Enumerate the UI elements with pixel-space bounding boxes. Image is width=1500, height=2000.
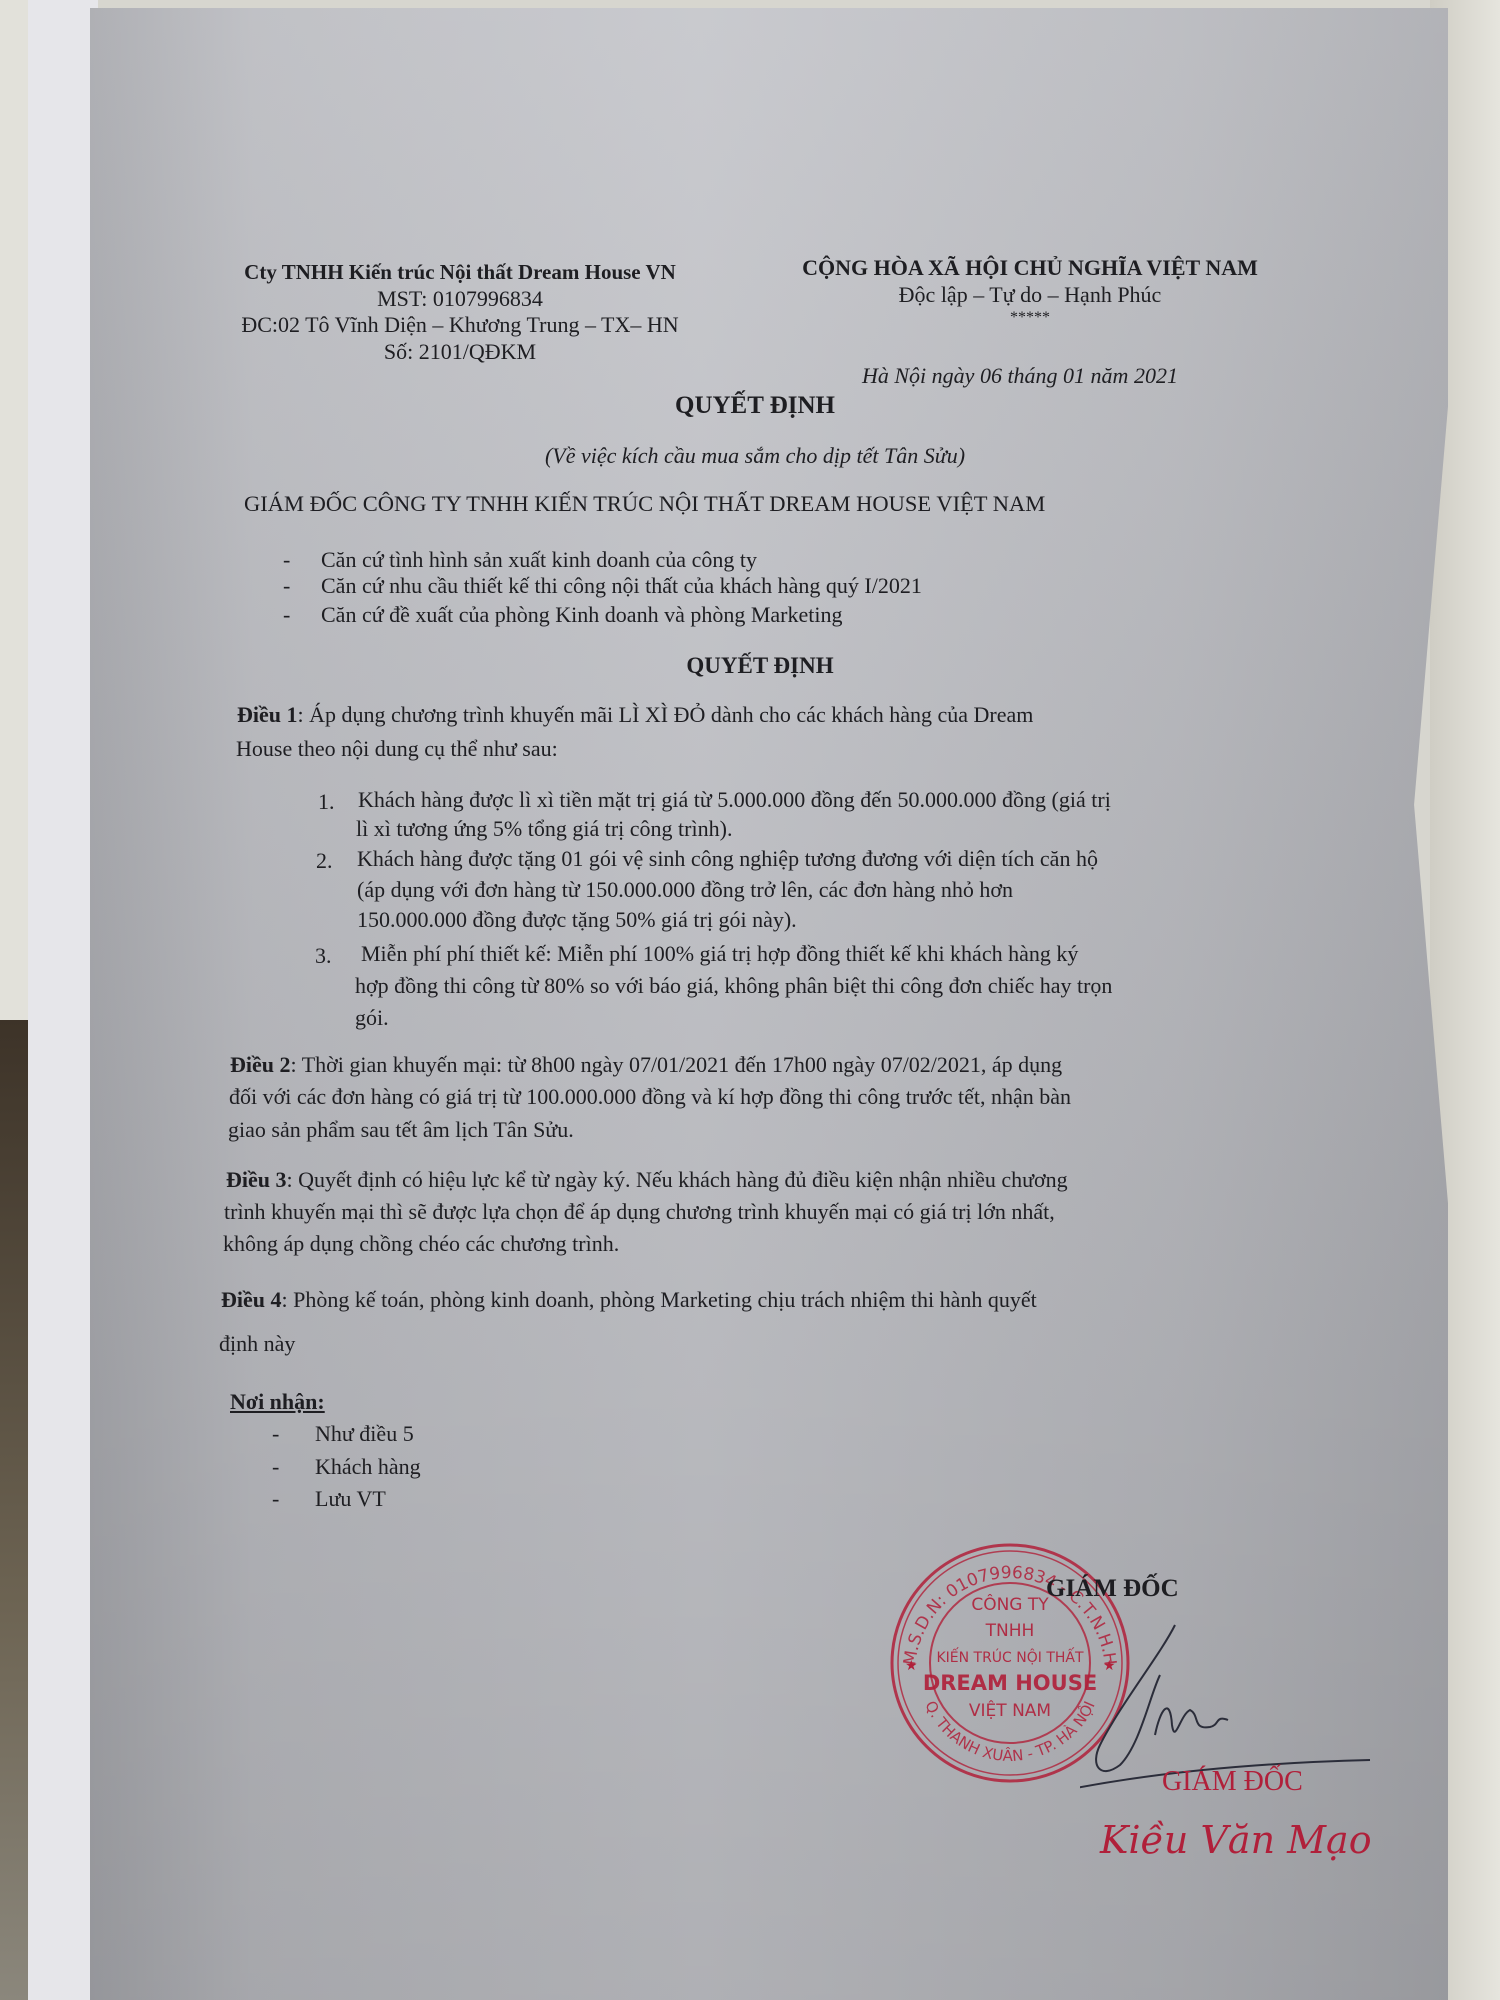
decision-heading: QUYẾT ĐỊNH (560, 652, 960, 680)
signature-title: GIÁM ĐỐC (1046, 1575, 1179, 1603)
bullet: - (272, 1420, 279, 1448)
company-address: ĐC:02 Tô Vĩnh Diện – Khương Trung – TX– … (200, 311, 720, 339)
article-label: Điều 3 (226, 1167, 287, 1192)
document-title: QUYẾT ĐỊNH (500, 392, 1010, 420)
bullet: - (283, 601, 290, 629)
item-text: Khách hàng được tặng 01 gói vệ sinh công… (357, 845, 1098, 873)
signer-name: Kiều Văn Mạo (1100, 1818, 1372, 1862)
document-number: Số: 2101/QĐKM (200, 338, 720, 366)
recipient-item: Khách hàng (315, 1453, 421, 1481)
basis-item: Căn cứ nhu cầu thiết kế thi công nội thấ… (321, 572, 922, 600)
item-text: hợp đồng thi công từ 80% so với báo giá,… (355, 972, 1112, 1000)
item-text: (áp dụng với đơn hàng từ 150.000.000 đồn… (357, 876, 1013, 904)
item-number: 1. (318, 788, 335, 816)
item-text: 150.000.000 đồng được tặng 50% giá trị g… (357, 906, 797, 934)
article-text: : Phòng kế toán, phòng kinh doanh, phòng… (282, 1287, 1037, 1312)
article-label: Điều 2 (230, 1052, 291, 1077)
article-text: trình khuyến mại thì sẽ được lựa chọn để… (224, 1198, 1055, 1226)
national-title: CỘNG HÒA XÃ HỘI CHỦ NGHĨA VIỆT NAM (770, 254, 1290, 282)
motto-stars: ***** (770, 304, 1290, 332)
article-label: Điều 4 (221, 1287, 282, 1312)
item-text: gói. (355, 1004, 389, 1032)
item-text: lì xì tương ứng 5% tổng giá trị công trì… (356, 815, 732, 843)
svg-text:TNHH: TNHH (985, 1621, 1035, 1641)
svg-text:CÔNG TY: CÔNG TY (971, 1593, 1049, 1615)
article-text: định này (219, 1330, 295, 1358)
svg-text:DREAM HOUSE: DREAM HOUSE (923, 1671, 1097, 1695)
tax-code: MST: 0107996834 (200, 285, 720, 313)
stamp-signature-title: GIÁM ĐỐC (1162, 1768, 1303, 1796)
issuing-authority: GIÁM ĐỐC CÔNG TY TNHH KIẾN TRÚC NỘI THẤT… (244, 490, 1045, 518)
bullet: - (283, 572, 290, 600)
article-text: giao sản phẩm sau tết âm lịch Tân Sửu. (228, 1116, 574, 1144)
recipient-item: Lưu VT (315, 1485, 386, 1513)
svg-text:KIẾN TRÚC NỘI THẤT: KIẾN TRÚC NỘI THẤT (936, 1647, 1084, 1666)
document-subtitle: (Về việc kích cầu mua sắm cho dịp tết Tâ… (400, 442, 1110, 470)
article-text: đối với các đơn hàng có giá trị từ 100.0… (229, 1083, 1071, 1111)
recipients-heading: Nơi nhận: (230, 1388, 325, 1416)
article-text: : Thời gian khuyến mại: từ 8h00 ngày 07/… (291, 1052, 1063, 1077)
item-text: Khách hàng được lì xì tiền mặt trị giá t… (358, 786, 1111, 814)
item-number: 2. (316, 847, 333, 875)
bullet: - (272, 1485, 279, 1513)
basis-item: Căn cứ đề xuất của phòng Kinh doanh và p… (321, 601, 842, 629)
article-text: : Quyết định có hiệu lực kể từ ngày ký. … (287, 1167, 1068, 1192)
article-text: : Áp dụng chương trình khuyến mãi LÌ XÌ … (298, 702, 1034, 727)
bullet: - (283, 546, 290, 574)
item-text: Miễn phí phí thiết kế: Miễn phí 100% giá… (361, 940, 1078, 968)
svg-text:VIỆT NAM: VIỆT NAM (969, 1699, 1051, 1721)
place-and-date: Hà Nội ngày 06 tháng 01 năm 2021 (862, 362, 1178, 390)
svg-text:★: ★ (905, 1659, 918, 1674)
basis-item: Căn cứ tình hình sản xuất kinh doanh của… (321, 546, 757, 574)
article-text: House theo nội dung cụ thể như sau: (236, 735, 558, 763)
recipient-item: Như điều 5 (315, 1420, 414, 1448)
article-text: không áp dụng chồng chéo các chương trìn… (223, 1230, 619, 1258)
item-number: 3. (315, 942, 332, 970)
article-label: Điều 1 (237, 702, 298, 727)
underlying-paper (28, 0, 98, 2000)
bullet: - (272, 1453, 279, 1481)
company-name: Cty TNHH Kiến trúc Nội thất Dream House … (200, 258, 720, 286)
